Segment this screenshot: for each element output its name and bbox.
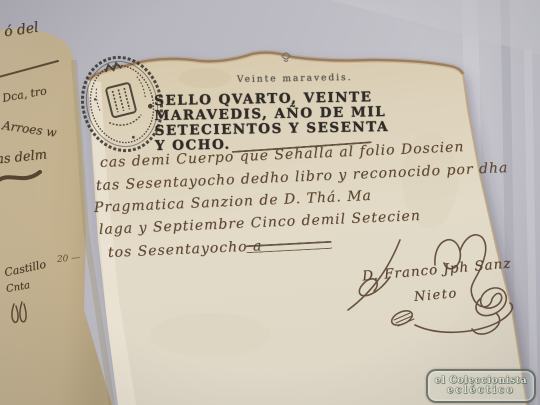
watermark-line2: ecléctico	[447, 386, 515, 397]
left-page-fragment: as delm	[0, 147, 48, 167]
printed-caption: Veinte maravedis.	[237, 73, 353, 85]
margin-note: 20 —	[57, 253, 81, 265]
left-page-fragment: ó del	[3, 20, 39, 41]
left-page-fragment: Castillo	[3, 258, 47, 279]
signature-surname: Nieto	[413, 286, 458, 305]
photo-of-manuscript: ó del Dca, tro Arroes w as delm Castillo…	[0, 0, 540, 405]
collector-watermark-logo: el Coleccionista ecléctico	[426, 369, 536, 403]
left-page-fragment: Dca, tro	[1, 84, 47, 105]
left-page-fragment: Cnta	[5, 280, 31, 295]
manuscript-line: tos Sesentayocho a	[108, 238, 263, 261]
text-overlay: ó del Dca, tro Arroes w as delm Castillo…	[0, 0, 540, 405]
left-page-fragment: Arroes w	[1, 118, 57, 139]
signature-name: D. Franco Jph Sanz	[362, 256, 512, 285]
